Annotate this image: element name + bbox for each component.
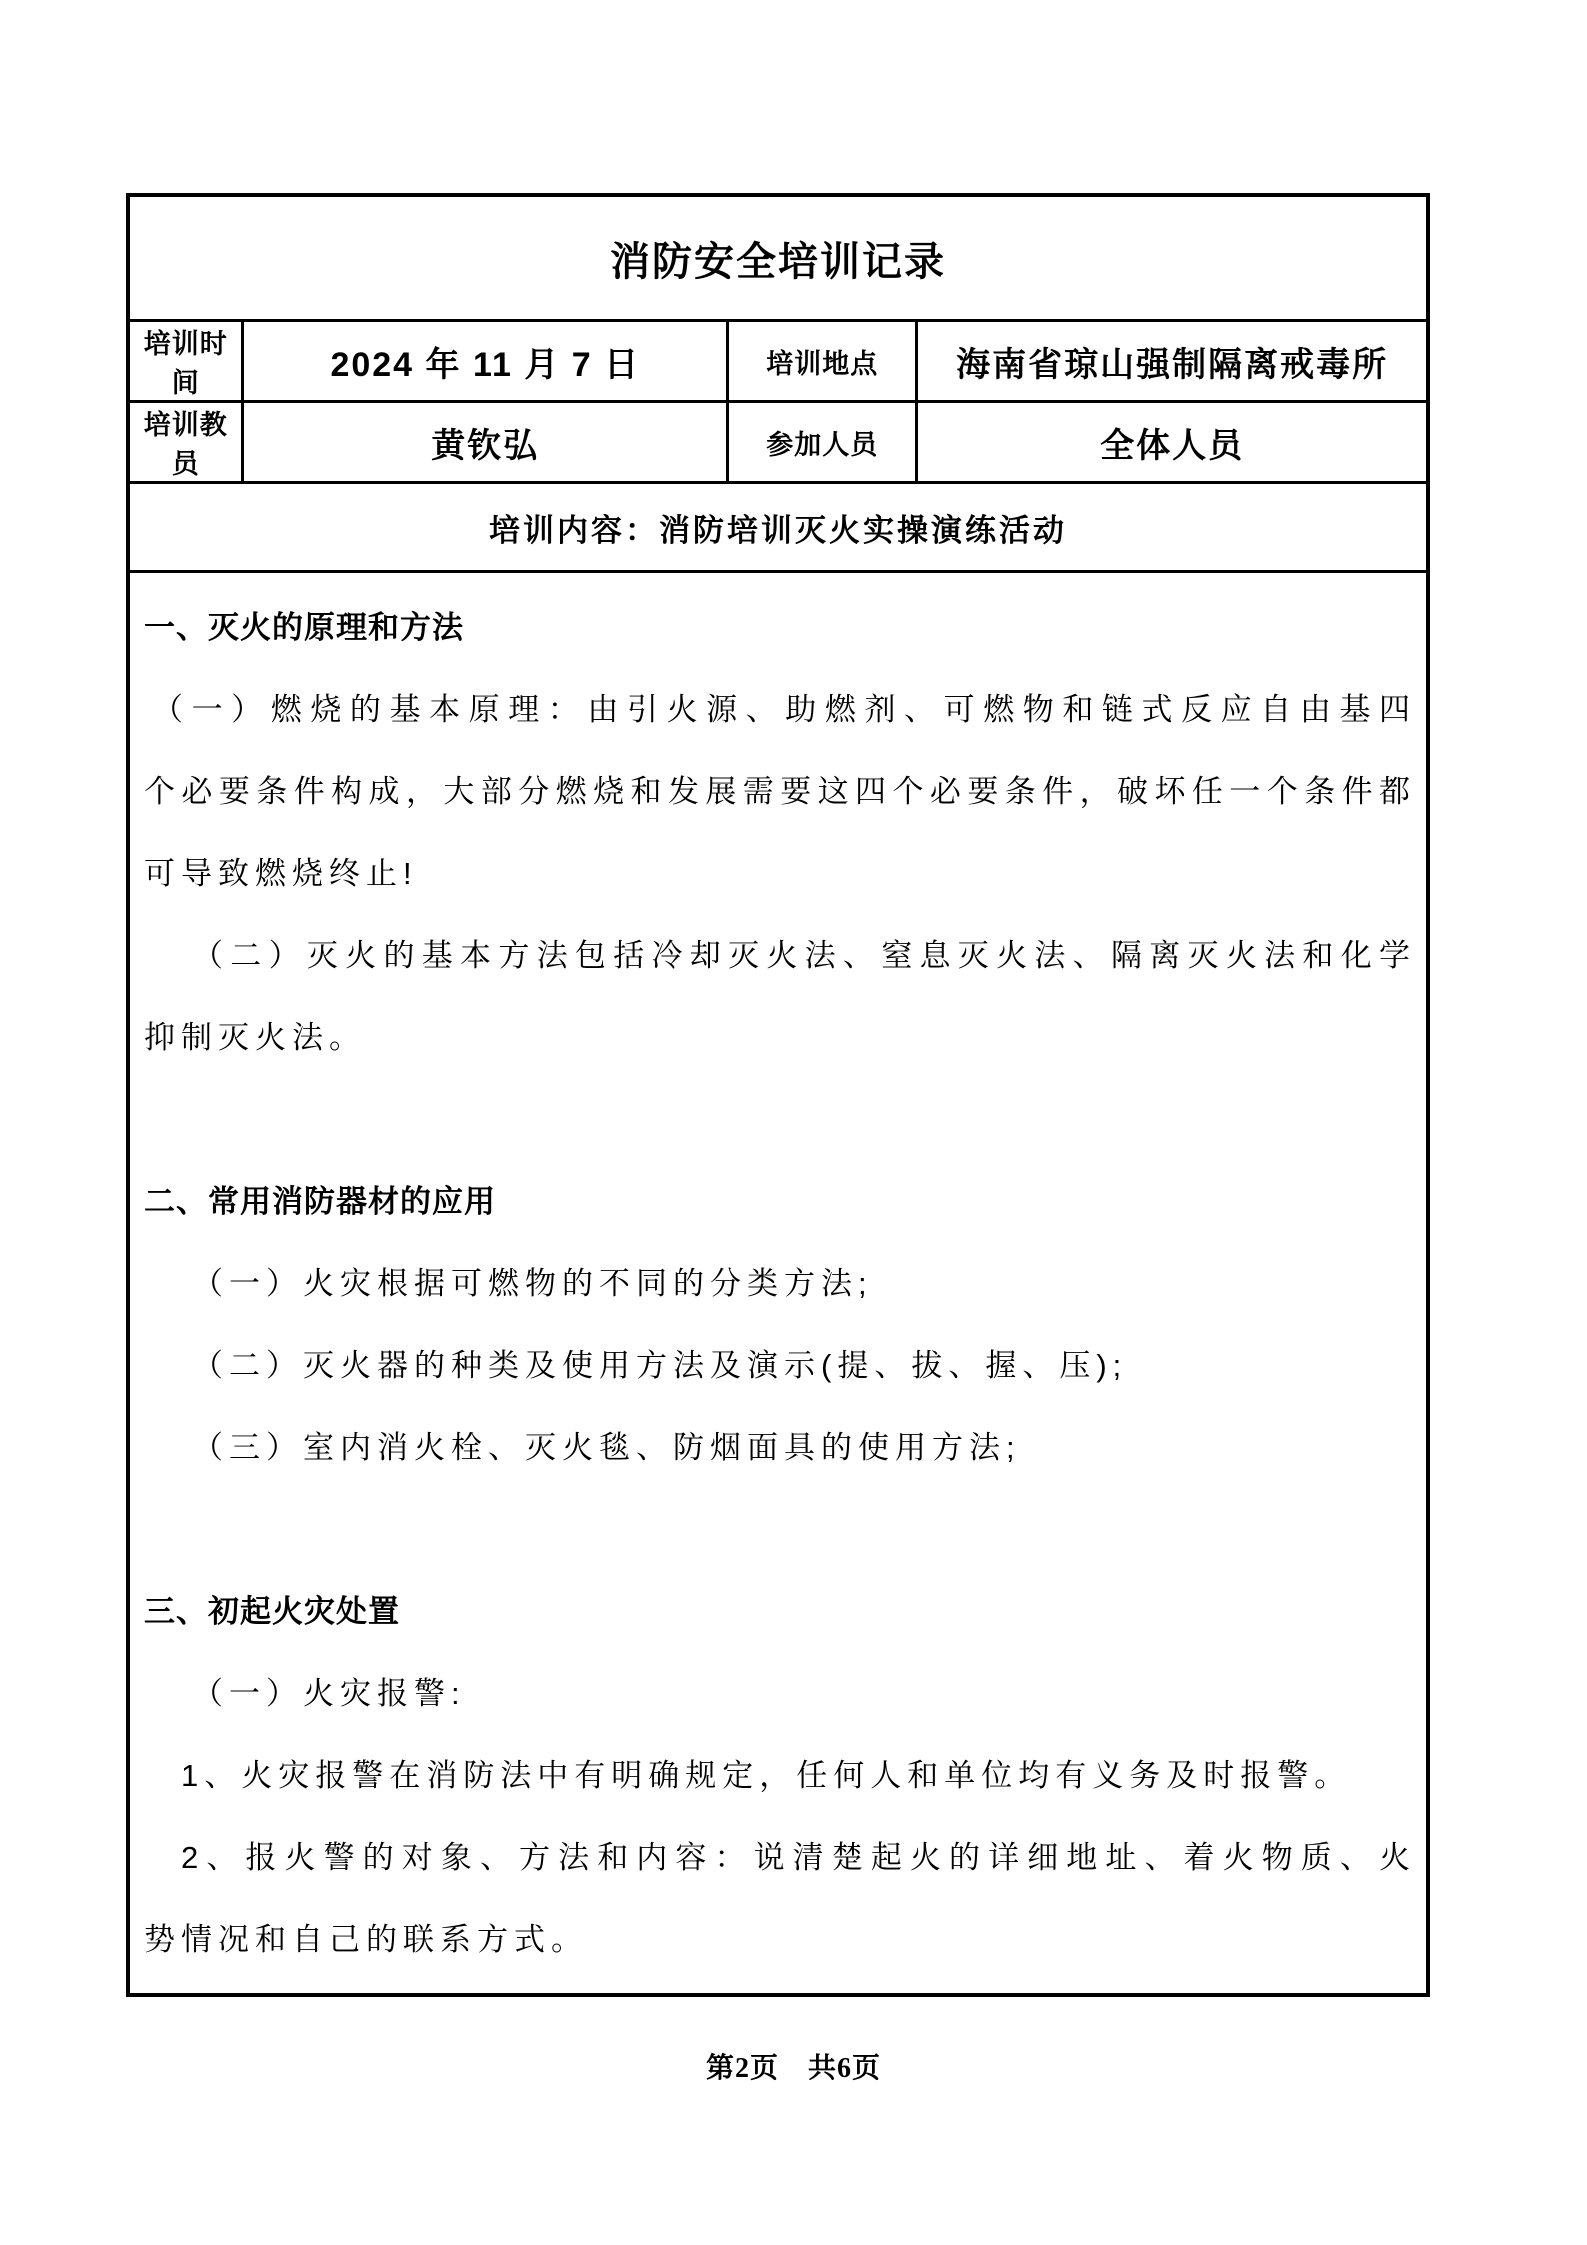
body-cell: 一、灭火的原理和方法 （一）燃烧的基本原理：由引火源、助燃剂、可燃物和链式反应自…	[130, 573, 1426, 1993]
training-time-value: 2024 年 11 月 7 日	[241, 322, 726, 400]
trainer-value: 黄钦弘	[241, 403, 726, 481]
table-row: 培训教员 黄钦弘 参加人员 全体人员	[130, 400, 1426, 481]
page-footer: 第2页 共6页	[0, 2046, 1587, 2086]
body-line: （二）灭火器的种类及使用方法及演示(提、拔、握、压);	[144, 1325, 1416, 1407]
participants-value: 全体人员	[915, 403, 1426, 481]
body-line: 抑制灭火法。	[144, 997, 1416, 1079]
training-time-label: 培训时间	[130, 322, 241, 400]
body-line: 1、火灾报警在消防法中有明确规定，任何人和单位均有义务及时报警。	[144, 1735, 1416, 1817]
training-location-value: 海南省琼山强制隔离戒毒所	[915, 322, 1426, 400]
training-content-header: 培训内容：消防培训灭火实操演练活动	[130, 484, 1426, 570]
body-line: （二）灭火的基本方法包括冷却灭火法、窒息灭火法、隔离灭火法和化学	[144, 915, 1416, 997]
body-line: 可导致燃烧终止!	[144, 833, 1416, 915]
section-heading-2: 二、常用消防器材的应用	[144, 1161, 1416, 1243]
body-line: （一）火灾报警:	[144, 1653, 1416, 1735]
training-record-table: 消防安全培训记录 培训时间 2024 年 11 月 7 日 培训地点 海南省琼山…	[126, 193, 1430, 1997]
document-page: 消防安全培训记录 培训时间 2024 年 11 月 7 日 培训地点 海南省琼山…	[0, 0, 1587, 2245]
body-line: （一）火灾根据可燃物的不同的分类方法;	[144, 1243, 1416, 1325]
title-row: 消防安全培训记录	[130, 197, 1426, 319]
body-line: 势情况和自己的联系方式。	[144, 1899, 1416, 1981]
body-line: 2、报火警的对象、方法和内容：说清楚起火的详细地址、着火物质、火	[144, 1817, 1416, 1899]
section-heading-3: 三、初起火灾处置	[144, 1571, 1416, 1653]
table-row: 培训时间 2024 年 11 月 7 日 培训地点 海南省琼山强制隔离戒毒所	[130, 319, 1426, 400]
document-title: 消防安全培训记录	[130, 197, 1426, 319]
body-line: 个必要条件构成，大部分燃烧和发展需要这四个必要条件，破坏任一个条件都	[144, 751, 1416, 833]
body-line: （一）燃烧的基本原理：由引火源、助燃剂、可燃物和链式反应自由基四	[144, 669, 1416, 751]
participants-label: 参加人员	[726, 403, 915, 481]
content-header-row: 培训内容：消防培训灭火实操演练活动	[130, 481, 1426, 570]
body-row: 一、灭火的原理和方法 （一）燃烧的基本原理：由引火源、助燃剂、可燃物和链式反应自…	[130, 570, 1426, 1993]
training-location-label: 培训地点	[726, 322, 915, 400]
body-line: （三）室内消火栓、灭火毯、防烟面具的使用方法;	[144, 1407, 1416, 1489]
section-heading-1: 一、灭火的原理和方法	[144, 587, 1416, 669]
trainer-label: 培训教员	[130, 403, 241, 481]
